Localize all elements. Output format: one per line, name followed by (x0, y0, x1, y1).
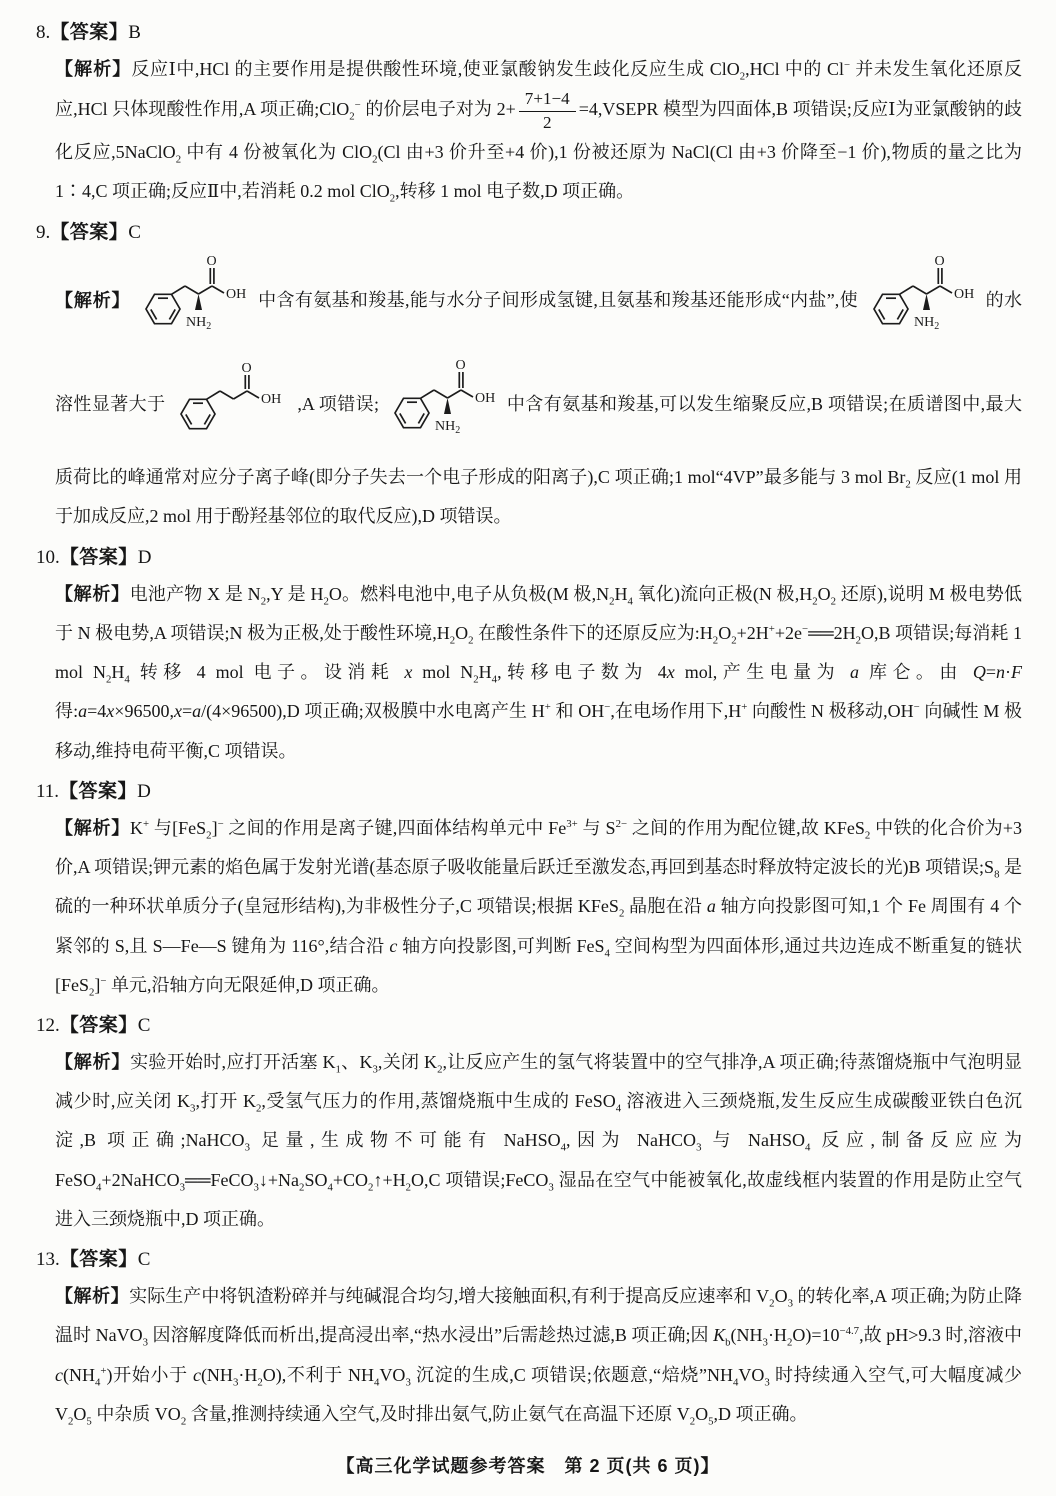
subscript: 2 (257, 1376, 262, 1388)
svg-text:NH2: NH2 (914, 315, 939, 332)
italic-variable: x (174, 701, 182, 721)
fraction-numerator: 7+1−4 (519, 89, 576, 111)
subscript: 2 (740, 71, 745, 83)
subscript: 2 (106, 674, 111, 686)
phenylalanine-icon: O OH NH2 (139, 252, 249, 338)
subscript: 4 (805, 1142, 810, 1154)
superscript: − (844, 59, 850, 71)
superscript: − (802, 623, 808, 635)
svg-text:OH: OH (261, 392, 281, 407)
structure-phenylalanine-diagram: O OH NH2 (867, 252, 977, 352)
subscript: 3 (764, 1376, 769, 1388)
superscript: + (545, 701, 551, 713)
analysis-text: O OH NH2 中含有氨基和羧基,能与水分子间形成氢键,且氨基和羧基还能形成“… (55, 290, 1022, 526)
superscript: − (355, 99, 361, 111)
superscript: + (741, 701, 747, 713)
italic-variable: a (192, 701, 201, 721)
subscript: 2 (437, 1064, 442, 1076)
answer-value: C (138, 1249, 151, 1270)
svg-text:O: O (455, 358, 465, 373)
question-number: 12. (36, 1015, 60, 1036)
subscript: 2 (256, 1103, 261, 1115)
subscript: 1 (336, 1064, 341, 1076)
superscript: − (914, 701, 920, 713)
subscript: 4 (95, 1376, 100, 1388)
superscript: −4.7 (840, 1325, 860, 1337)
answer-block: 10.【答案】D 【解析】电池产物 X 是 N2,Y 是 H2O。燃料电池中,电… (36, 541, 1022, 771)
analysis-label: 【解析】 (55, 290, 130, 310)
subscript: 3 (373, 1064, 378, 1076)
answer-block: 8.【答案】B 【解析】反应Ⅰ中,HCl 的主要作用是提供酸性环境,使亚氯酸钠发… (36, 16, 1022, 212)
subscript: 5 (708, 1415, 713, 1427)
subscript: 2 (181, 1415, 186, 1427)
subscript: 3 (190, 1103, 195, 1115)
analysis-paragraph: 【解析】电池产物 X 是 N2,Y 是 H2O。燃料电池中,电子从负极(M 极,… (55, 575, 1022, 771)
subscript: 2 (865, 829, 870, 841)
analysis-paragraph: 【解析】实际生产中将钒渣粉碎并与纯碱混合均匀,增大接触面积,有利于提高反应速率和… (55, 1277, 1022, 1434)
subscript: 2 (299, 1181, 304, 1193)
superscript: − (218, 818, 224, 830)
svg-text:NH2: NH2 (186, 315, 211, 332)
subscript: 4 (561, 1142, 566, 1154)
subscript: 4 (492, 674, 497, 686)
answer-value: D (138, 547, 152, 568)
analysis-text: K+ 与[FeS2]− 之间的作用是离子键,四面体结构单元中 Fe3+ 与 S2… (55, 818, 1022, 995)
question-number: 8. (36, 22, 50, 43)
subscript: 3 (696, 1142, 701, 1154)
subscript: 2 (349, 111, 354, 123)
answer-label: 【答案】 (60, 1015, 138, 1036)
answer-block: 13.【答案】C 【解析】实际生产中将钒渣粉碎并与纯碱混合均匀,增大接触面积,有… (36, 1243, 1022, 1434)
analysis-paragraph: 【解析】 O OH NH2 中含有氨基和羧基,能与水分子间形成氢键,且氨基和羧基… (55, 250, 1022, 537)
subscript: 2 (713, 634, 718, 646)
subscript: 3 (245, 1142, 250, 1154)
subscript: 2 (731, 634, 736, 646)
italic-variable: a (78, 701, 87, 721)
answer-label: 【答案】 (60, 547, 138, 568)
subscript: 2 (89, 986, 94, 998)
subscript: 2 (206, 829, 211, 841)
subscript: 2 (787, 1337, 792, 1349)
subscript: 4 (605, 947, 610, 959)
subscript: 2 (468, 634, 473, 646)
italic-variable: n (996, 662, 1005, 682)
subscript: 4 (628, 595, 633, 607)
phenylalanine-icon: O OH NH2 (867, 252, 977, 338)
subscript: 2 (323, 595, 328, 607)
subscript: 3 (254, 1181, 259, 1193)
answer-value: D (137, 781, 151, 802)
subscript: 3 (180, 1181, 185, 1193)
answers-list: 8.【答案】B 【解析】反应Ⅰ中,HCl 的主要作用是提供酸性环境,使亚氯酸钠发… (0, 0, 1056, 1434)
subscript: b (725, 1337, 730, 1349)
italic-variable: c (389, 936, 397, 956)
italic-variable: x (404, 662, 412, 682)
subscript: 2 (831, 595, 836, 607)
superscript: − (604, 701, 610, 713)
superscript: 2− (616, 818, 628, 830)
subscript: 2 (905, 479, 910, 491)
answer-line: 8.【答案】B (36, 16, 1022, 50)
subscript: 3 (788, 1298, 793, 1310)
analysis-text: 电池产物 X 是 N2,Y 是 H2O。燃料电池中,电子从负极(M 极,N2H4… (55, 584, 1022, 761)
subscript: 2 (690, 1415, 695, 1427)
superscript: 3+ (566, 818, 578, 830)
svg-text:NH2: NH2 (435, 419, 460, 436)
svg-text:OH: OH (475, 391, 495, 406)
answer-line: 10.【答案】D (36, 541, 1022, 575)
subscript: 4 (327, 1181, 332, 1193)
svg-text:OH: OH (954, 287, 974, 302)
answer-block: 12.【答案】C 【解析】实验开始时,应打开活塞 K1、K3,关闭 K2,让反应… (36, 1009, 1022, 1239)
analysis-text: 实验开始时,应打开活塞 K1、K3,关闭 K2,让反应产生的氢气将装置中的空气排… (55, 1052, 1022, 1229)
subscript: 2 (368, 1181, 373, 1193)
question-number: 11. (36, 781, 59, 802)
subscript: 4 (96, 1181, 101, 1193)
analysis-text: 实际生产中将钒渣粉碎并与纯碱混合均匀,增大接触面积,有利于提高反应速率和 V2O… (55, 1286, 1022, 1424)
italic-variable: a (707, 896, 716, 916)
analysis-label: 【解析】 (55, 584, 130, 604)
subscript: 4 (124, 674, 129, 686)
analysis-label: 【解析】 (55, 59, 131, 79)
svg-text:O: O (207, 254, 217, 269)
phenylalanine-icon: O OH NH2 (388, 356, 498, 442)
italic-variable: c (55, 1365, 63, 1385)
phenylpropanoic-acid-icon: O OH (174, 361, 288, 437)
superscript: + (769, 623, 775, 635)
italic-variable: c (193, 1365, 201, 1385)
subscript: 3 (548, 1181, 553, 1193)
analysis-label: 【解析】 (55, 1052, 130, 1072)
analysis-paragraph: 【解析】实验开始时,应打开活塞 K1、K3,关闭 K2,让反应产生的氢气将装置中… (55, 1043, 1022, 1239)
structure-phenylalanine-diagram: O OH NH2 (388, 356, 498, 456)
analysis-paragraph: 【解析】反应Ⅰ中,HCl 的主要作用是提供酸性环境,使亚氯酸钠发生歧化反应生成 … (55, 50, 1022, 212)
subscript: 2 (619, 908, 624, 920)
answer-label: 【答案】 (60, 1249, 138, 1270)
analysis-label: 【解析】 (55, 818, 130, 838)
italic-variable: a (850, 662, 859, 682)
analysis-label: 【解析】 (55, 1286, 129, 1306)
subscript: 2 (68, 1415, 73, 1427)
subscript: 2 (406, 1181, 411, 1193)
subscript: 4 (733, 1376, 738, 1388)
subscript: 2 (473, 674, 478, 686)
subscript: 4 (374, 1376, 379, 1388)
subscript: 3 (143, 1337, 148, 1349)
structure-phenylpropanoic-acid-diagram: O OH (174, 361, 288, 451)
subscript: 2 (609, 595, 614, 607)
answer-block: 11.【答案】D 【解析】K+ 与[FeS2]− 之间的作用是离子键,四面体结构… (36, 775, 1022, 1005)
subscript: 2 (856, 634, 861, 646)
italic-variable: x (667, 662, 675, 682)
question-number: 10. (36, 547, 60, 568)
subscript: 2 (261, 595, 266, 607)
answer-label: 【答案】 (59, 781, 137, 802)
svg-text:OH: OH (226, 287, 246, 302)
answer-line: 12.【答案】C (36, 1009, 1022, 1043)
subscript: 5 (86, 1415, 91, 1427)
answer-line: 11.【答案】D (36, 775, 1022, 809)
question-number: 13. (36, 1249, 60, 1270)
svg-text:O: O (242, 361, 252, 376)
italic-variable: F (1011, 662, 1022, 682)
subscript: 8 (994, 869, 999, 881)
fraction: 7+1−42 (519, 89, 576, 133)
svg-text:O: O (934, 254, 944, 269)
structure-phenylalanine-diagram: O OH NH2 (139, 252, 249, 352)
answer-value: B (128, 22, 141, 43)
italic-variable: Q (973, 662, 986, 682)
page-footer: 【高三化学试题参考答案 第 2 页(共 6 页)】 (0, 1452, 1056, 1478)
superscript: − (100, 975, 106, 987)
subscript: 3 (763, 1337, 768, 1349)
fraction-denominator: 2 (519, 111, 576, 134)
subscript: 2 (372, 154, 377, 166)
subscript: 3 (405, 1376, 410, 1388)
superscript: + (100, 1365, 106, 1377)
question-number: 9. (36, 222, 50, 243)
answer-sheet-page: 8.【答案】B 【解析】反应Ⅰ中,HCl 的主要作用是提供酸性环境,使亚氯酸钠发… (0, 0, 1056, 1496)
subscript: 2 (769, 1298, 774, 1310)
subscript: 4 (616, 1103, 621, 1115)
answer-label: 【答案】 (50, 22, 128, 43)
subscript: 3 (233, 1376, 238, 1388)
answer-line: 9.【答案】C (36, 216, 1022, 250)
subscript: 2 (176, 154, 181, 166)
answer-block: 9.【答案】C 【解析】 O OH NH2 中含有氨基和羧基,能与水分子间形成氢… (36, 216, 1022, 537)
italic-variable: K (713, 1325, 725, 1345)
analysis-text: 反应Ⅰ中,HCl 的主要作用是提供酸性环境,使亚氯酸钠发生歧化反应生成 ClO2… (55, 59, 1022, 201)
superscript: + (143, 818, 149, 830)
subscript: 2 (812, 595, 817, 607)
analysis-paragraph: 【解析】K+ 与[FeS2]− 之间的作用是离子键,四面体结构单元中 Fe3+ … (55, 809, 1022, 1005)
answer-value: C (128, 222, 141, 243)
answer-label: 【答案】 (50, 222, 128, 243)
answer-line: 13.【答案】C (36, 1243, 1022, 1277)
subscript: 2 (450, 634, 455, 646)
subscript: 2 (390, 193, 395, 205)
answer-value: C (138, 1015, 151, 1036)
italic-variable: x (106, 701, 114, 721)
